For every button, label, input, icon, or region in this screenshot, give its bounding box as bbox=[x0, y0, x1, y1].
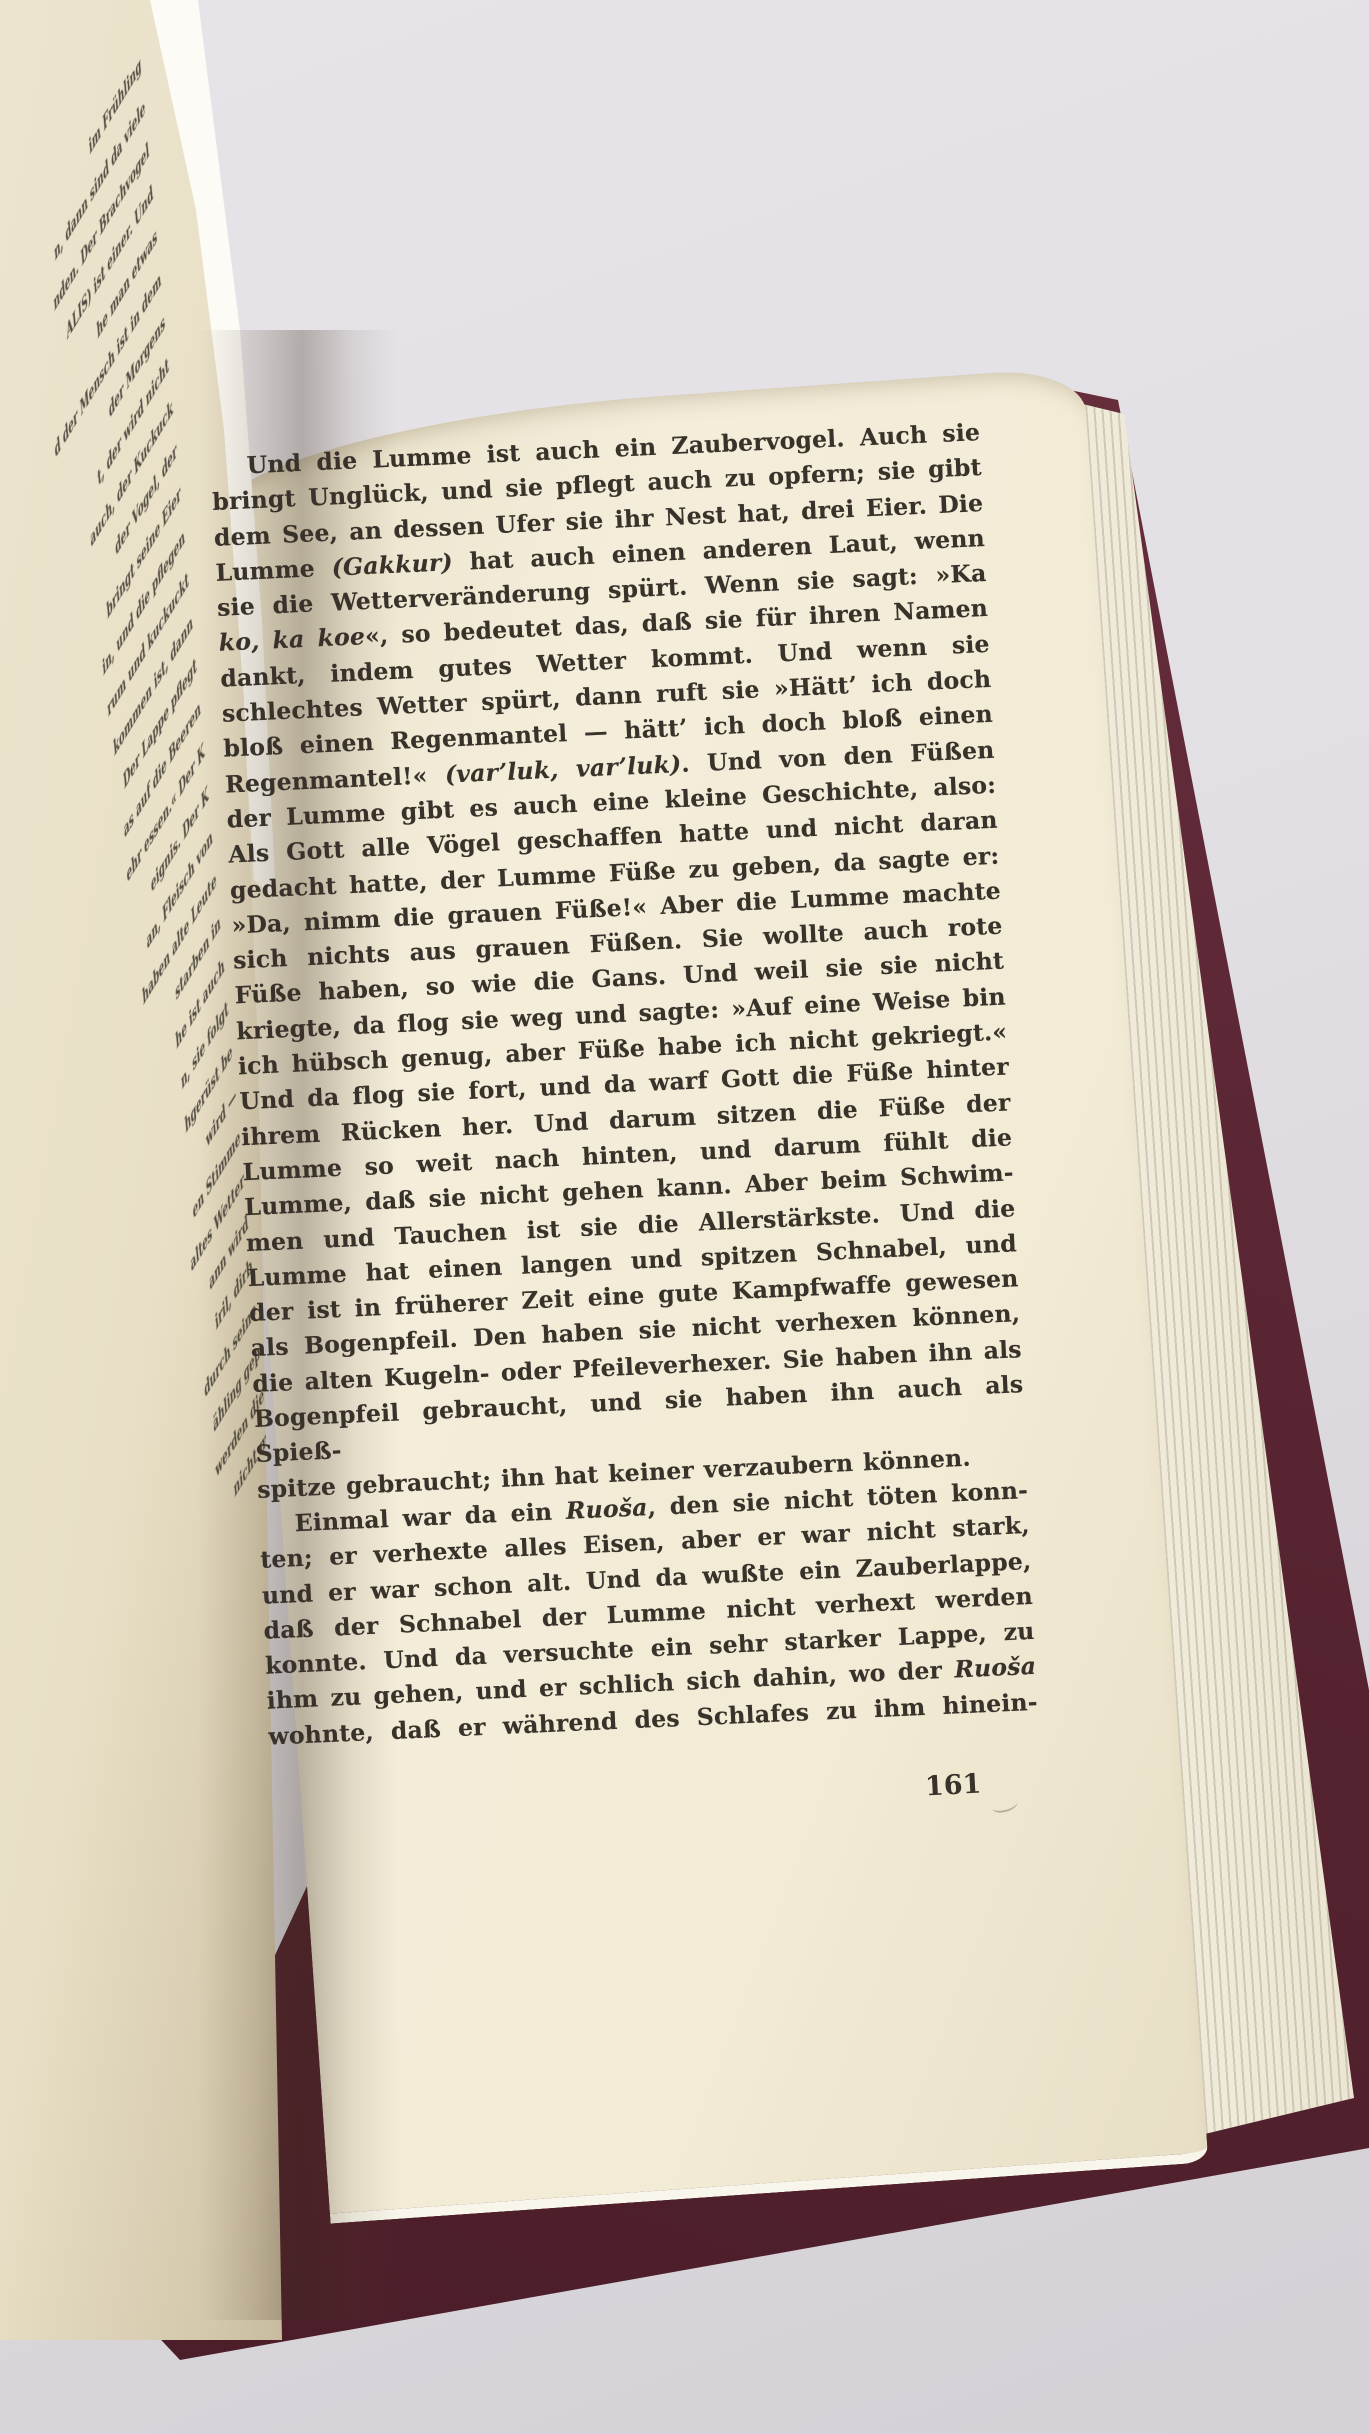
italic-text: ko, ka koe bbox=[218, 623, 366, 658]
book-photo-scene: im Frühlingn, dann sind da vielenden. De… bbox=[0, 0, 1369, 2434]
main-text-block: Und die Lumme ist auch ein Zaubervogel. … bbox=[210, 415, 1038, 1755]
italic-text: (Gakkur) bbox=[331, 548, 453, 581]
italic-text: Ruoša bbox=[565, 1493, 648, 1525]
text-segment: Regenmantel!« bbox=[225, 760, 446, 798]
italic-text: Ruoša bbox=[954, 1652, 1037, 1684]
text-segment: Lumme bbox=[215, 554, 332, 587]
page-number: 161 bbox=[924, 1769, 982, 1803]
